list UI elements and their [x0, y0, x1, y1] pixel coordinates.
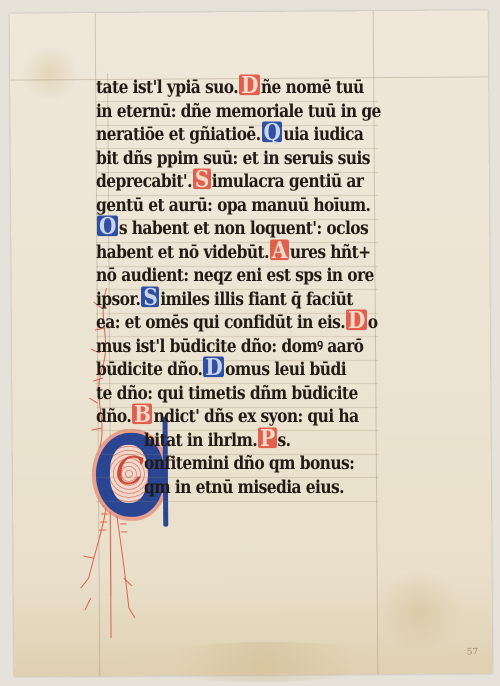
rubricated-initial: B	[132, 403, 152, 424]
text-segment: neratiōe et gñiatioē.	[96, 123, 261, 145]
text-segment: ñe nomē tuū	[261, 76, 364, 98]
text-segment: habent et nō videbūt.	[96, 240, 269, 262]
text-segment: tate ist'l ypiā suo.	[96, 76, 238, 98]
text-column: tate ist'l ypiā suo.Dñe nomē tuūin etern…	[96, 78, 378, 501]
text-line: onfitemini dño qm bonus:	[96, 450, 378, 477]
text-segment: ndict' dñs ex syon: qui ha	[153, 405, 358, 427]
text-segment: ea: et omēs qui confidūt in eis.	[96, 311, 345, 333]
text-line: qm in etnū misedia eius.	[96, 474, 378, 501]
text-segment: imulacra gentiū ar	[212, 170, 364, 192]
text-segment: bitat in ihrlm.	[144, 428, 257, 450]
text-line: deprecabit'.Simulacra gentiū ar	[96, 168, 378, 195]
text-line: dño.Bndict' dñs ex syon: qui ha	[96, 403, 378, 430]
text-segment: bit dñs ppim suū: et in seruis suis	[96, 146, 370, 168]
text-segment: dño.	[96, 405, 131, 427]
rubricated-initial: P	[258, 427, 276, 448]
text-segment: imiles illis fiant q̄ faciūt	[160, 287, 353, 309]
text-line: Os habent et non loquent': oclos	[96, 215, 378, 242]
text-segment: būdicite dño.	[96, 358, 202, 380]
text-segment: ures hñt+	[290, 240, 371, 262]
rubricated-initial: D	[203, 356, 224, 377]
page-mark: 57	[467, 647, 479, 657]
rubricated-initial: O	[97, 215, 118, 236]
text-segment: ipsor.	[96, 287, 140, 309]
text-line: neratiōe et gñiatioē.Quia iudica	[96, 121, 378, 148]
text-segment: o	[368, 311, 378, 333]
text-segment: gentū et aurū: opa manuū hoīum.	[96, 193, 370, 215]
text-segment: in eternū: dñe memoriale tuū in ge	[96, 99, 381, 121]
text-segment: onfitemini dño qm bonus:	[144, 452, 354, 474]
rubricated-initial: D	[239, 74, 260, 95]
text-segment: uia iudica	[283, 123, 363, 145]
text-line: būdicite dño.Domus leui būdi	[96, 356, 378, 383]
rubricated-initial: S	[141, 286, 159, 307]
text-line: ea: et omēs qui confidūt in eis.Do	[96, 309, 378, 336]
rubricated-initial: D	[346, 309, 367, 330]
text-line: tate ist'l ypiā suo.Dñe nomē tuū	[96, 74, 378, 101]
rubricated-initial: A	[270, 239, 289, 260]
text-segment: qm in etnū misedia eius.	[144, 475, 344, 497]
text-segment: nō audient: neqz eni est sps in ore	[96, 264, 374, 286]
text-segment: omus leui būdi	[225, 358, 346, 380]
rubricated-initial: Q	[262, 121, 283, 142]
text-segment: s.	[278, 428, 291, 450]
text-segment: deprecabit'.	[96, 170, 192, 192]
text-segment: s habent et non loquent': oclos	[119, 217, 368, 239]
text-segment: mus ist'l būdicite dño: domꝰ aarō	[96, 334, 363, 356]
rubricated-initial: S	[193, 168, 211, 189]
text-line: nō audient: neqz eni est sps in ore	[96, 262, 378, 289]
